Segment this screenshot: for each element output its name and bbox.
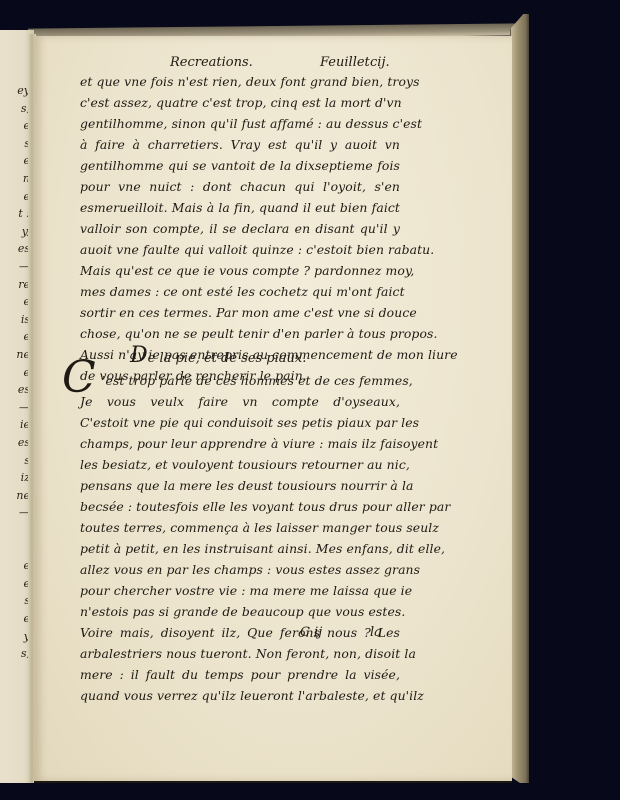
left-page-text-fragment: y, [0, 223, 30, 241]
left-page-text-fragment: — [0, 504, 30, 522]
text-line: n'estois pas si grande de beaucoup que v… [80, 601, 400, 622]
text-line: c'est assez, quatre c'est trop, cinq est… [80, 92, 400, 113]
text-line: pensans que la mere les deust tousiours … [80, 475, 400, 496]
left-page-text-fragment: e [0, 575, 30, 593]
background-shadow [0, 783, 620, 800]
left-page-text-fragment: t : [0, 205, 30, 223]
left-page-text-fragment: y [0, 628, 30, 646]
fore-edge [510, 14, 529, 784]
left-page-text-fragment: ie [0, 416, 30, 434]
left-page-text-fragment: es [0, 381, 30, 399]
left-page-text-fragment: e [0, 557, 30, 575]
text-line: chose, qu'on ne se peult tenir d'en parl… [80, 323, 400, 344]
heading-initial: D [130, 343, 148, 368]
left-page-text-fragment: is [0, 311, 30, 329]
text-line: valloir son compte, il se declara en dis… [80, 218, 400, 239]
left-page-text-fragment: es [0, 240, 30, 258]
left-page-text-fragment: ey [0, 82, 30, 100]
signature-mark: C ij [300, 625, 322, 640]
left-page-text-fragment: e [0, 328, 30, 346]
left-page-text-fragment: — [0, 399, 30, 417]
left-page-text-fragment: iz [0, 469, 30, 487]
left-page-text-fragment: ne [0, 487, 30, 505]
text-line: mere : il fault du temps pour prendre la… [80, 664, 400, 685]
left-page-text-fragment: — [0, 258, 30, 276]
left-page-text-fragment: n [0, 170, 30, 188]
text-line: arbalestriers nous tueront. Non feront, … [80, 643, 400, 664]
text-line: Voire mais, disoyent ilz, Que ferons nou… [80, 622, 400, 643]
text-line: auoit vne faulte qui valloit quinze : c'… [80, 239, 400, 260]
left-page-text-fragment: s [0, 592, 30, 610]
text-line: 'est trop parlé de ces hommes et de ces … [80, 370, 400, 391]
folio-label: Feuillet [320, 55, 370, 70]
left-page-text-fragment: e [0, 293, 30, 311]
text-line: petit à petit, en les instruisant ainsi.… [80, 538, 400, 559]
left-page-text-fragment: e [0, 610, 30, 628]
text-line: pour vne nuict : dont chacun qui l'oyoit… [80, 176, 400, 197]
left-page-text-fragment: s [0, 135, 30, 153]
left-page-text-fragment: re [0, 276, 30, 294]
catchword: la [370, 625, 382, 640]
text-line: C'estoit vne pie qui conduisoit ses peti… [80, 412, 400, 433]
left-page-text-fragment: e [0, 117, 30, 135]
text-line: Je vous veulx faire vn compte d'oyseaux, [80, 391, 400, 412]
text-line: esmerueilloit. Mais à la fin, quand il e… [80, 197, 400, 218]
heading-text: e la pie, et de ses piaux. [148, 351, 307, 366]
left-page-text-fragment: s [0, 452, 30, 470]
section-heading: De la pie, et de ses piaux. [130, 343, 306, 368]
text-line: sortir en ces termes. Par mon ame c'est … [80, 302, 400, 323]
left-page-text-fragment: es [0, 434, 30, 452]
left-page-text-fragment: ne [0, 346, 30, 364]
text-line: toutes terres, commença à les laisser ma… [80, 517, 400, 538]
left-page-text-fragment: e [0, 152, 30, 170]
running-head-title: Recreations. [170, 55, 253, 70]
text-line: pour chercher vostre vie : ma mere me la… [80, 580, 400, 601]
text-line: et que vne fois n'est rien, deux font gr… [80, 71, 400, 92]
text-line: champs, pour leur apprendre à viure : ma… [80, 433, 400, 454]
folio-number: cij. [370, 55, 390, 70]
text-line: mes dames : ce ont esté les cochetz qui … [80, 281, 400, 302]
text-line: quand vous verrez qu'ilz leueront l'arba… [80, 685, 400, 706]
left-page-text-fragment: e [0, 364, 30, 382]
left-page-text-fragment: s, [0, 100, 30, 118]
text-line: à faire à charretiers. Vray est qu'il y … [80, 134, 400, 155]
text-line: becsée : toutesfois elle les voyant tous… [80, 496, 400, 517]
text-line: gentilhomme qui se vantoit de la dixsept… [80, 155, 400, 176]
text-line: Mais qu'est ce que ie vous compte ? pard… [80, 260, 400, 281]
left-page-text-fragment: s, [0, 645, 30, 663]
text-line: allez vous en par les champs : vous este… [80, 559, 400, 580]
text-line: gentilhomme, sinon qu'il fust affamé : a… [80, 113, 400, 134]
paragraph-2: 'est trop parlé de ces hommes et de ces … [80, 370, 400, 706]
left-page-text-fragment: e [0, 188, 30, 206]
paragraph-1: et que vne fois n'est rien, deux font gr… [80, 71, 400, 386]
text-line: les besiatz, et vouloyent tousiours reto… [80, 454, 400, 475]
